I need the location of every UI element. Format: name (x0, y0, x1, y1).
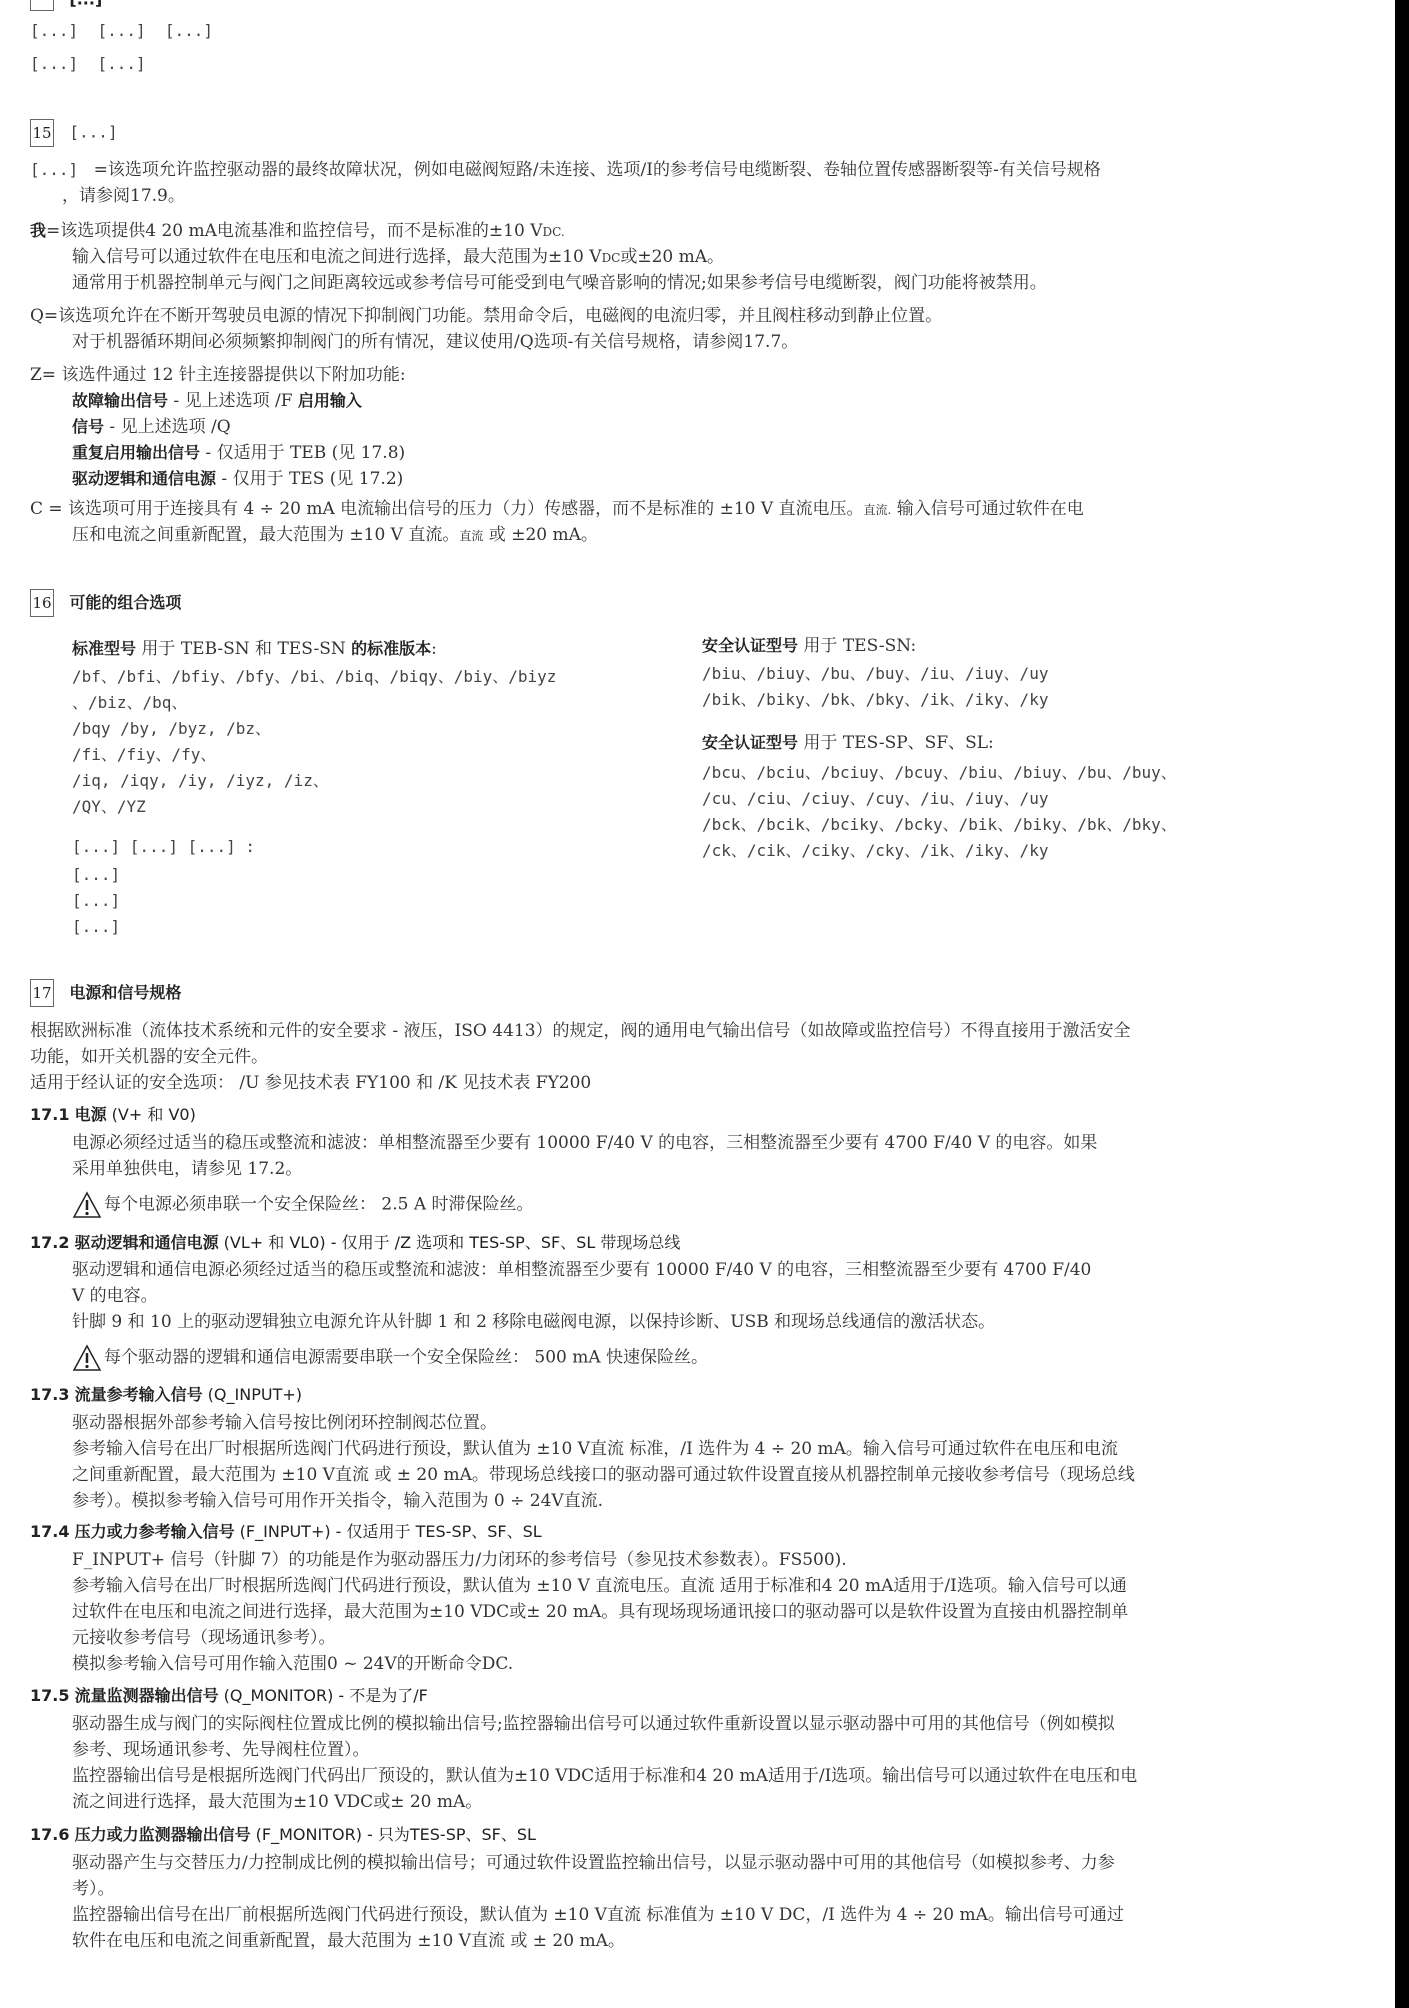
option-i-line1: 我=该选项提供4 20 mA电流基准和监控信号，而不是标准的±10 VDC. (30, 218, 565, 245)
section-title: 电源和信号规格 (69, 983, 181, 1002)
warning-note: 每个电源必须串联一个安全保险丝： 2.5 A 时滞保险丝。 (72, 1191, 534, 1219)
section-title: [...] (69, 123, 117, 142)
item-text: - 见上述选项 /Q (104, 417, 231, 437)
item-bold: 信号 (72, 417, 104, 436)
option-label: 我 (30, 221, 46, 240)
placeholder-heading: [...] [...] [...] : (72, 834, 255, 860)
subsection-title: 流量监测器输出信号 (75, 1686, 219, 1705)
option-text: 或 ±20 mA。 (483, 525, 597, 545)
placeholder-text: [...] (72, 888, 120, 914)
option-z-intro: Z= 该选件通过 12 针主连接器提供以下附加功能: (30, 362, 406, 388)
option-label: [...] (30, 160, 78, 179)
item-bold: 驱动逻辑和通信电源 (72, 469, 216, 488)
section-number-box (30, 0, 54, 11)
safety-sn-heading: 安全认证型号 用于 TES-SN: (702, 633, 916, 659)
section-number-box: 17 (30, 979, 54, 1007)
cut-section-header: [...] (30, 0, 102, 13)
model-code-line: /bcu、/bciu、/bciuy、/bcuy、/biu、/biuy、/bu、/… (702, 760, 1177, 786)
model-code-line: /biu、/biuy、/bu、/buy、/iu、/iuy、/uy (702, 661, 1048, 687)
model-code-line: /cu、/ciu、/ciuy、/cuy、/iu、/iuy、/uy (702, 786, 1048, 812)
unit-subscript: DC (602, 251, 621, 265)
option-q-line1: Q=该选项允许在不断开驾驶员电源的情况下抑制阀门功能。禁用命令后，电磁阀的电流归… (30, 303, 942, 329)
subsection-17-3-header: 17.3 流量参考输入信号 (Q_INPUT+) (30, 1382, 302, 1408)
subsection-number: 17.4 (30, 1522, 69, 1541)
subsection-suffix: (Q_MONITOR) - 不是为了/F (219, 1686, 428, 1705)
intro-line: 根据欧洲标准（流体技术系统和元件的安全要求 - 液压，ISO 4413）的规定，… (30, 1018, 1131, 1044)
item-bold: 重复启用输出信号 (72, 443, 200, 462)
option-q-line2: 对于机器循环期间必须频繁抑制阀门的所有情况，建议使用/Q选项-有关信号规格，请参… (72, 329, 798, 355)
body-line: 参考输入信号在出厂时根据所选阀门代码进行预设，默认值为 ±10 V直流 标准，/… (72, 1436, 1118, 1462)
item-bold: 启用输入 (298, 391, 362, 410)
section-16-header: 16 可能的组合选项 (30, 589, 181, 617)
model-code-line: /fi、/fiy、/fy、 (72, 742, 216, 768)
subsection-suffix: (Q_INPUT+) (203, 1385, 302, 1404)
heading-bold: 安全认证型号 (702, 733, 798, 752)
item-text: - 见上述选项 /F (168, 391, 298, 411)
option-text: =该选项允许监控驱动器的最终故障状况，例如电磁阀短路/未连接、选项/I的参考信号… (94, 160, 1101, 180)
model-code-line: 、/biz、/bq、 (72, 690, 187, 716)
model-code-line: /bf、/bfi、/bfiy、/bfy、/bi、/biq、/biqy、/biy、… (72, 664, 556, 690)
right-edge-bar (1395, 0, 1409, 2008)
section-17-header: 17 电源和信号规格 (30, 979, 181, 1007)
item-text: - 仅适用于 TEB (见 17.8) (200, 443, 405, 463)
subsection-title: 压力或力参考输入信号 (75, 1522, 235, 1541)
item-bold: 故障输出信号 (72, 391, 168, 410)
option-text: 输入信号可通过软件在电 (891, 499, 1083, 519)
model-code-line: /bik、/biky、/bk、/bky、/ik、/iky、/ky (702, 687, 1048, 713)
body-line: 参考、现场通讯参考、先导阀柱位置）。 (72, 1737, 370, 1763)
unit-subscript: 直流 (459, 529, 483, 543)
option-i-line2: 输入信号可以通过软件在电压和电流之间进行选择，最大范围为±10 VDC或±20 … (72, 244, 724, 271)
subsection-17-5-header: 17.5 流量监测器输出信号 (Q_MONITOR) - 不是为了/F (30, 1683, 428, 1709)
heading-text: 用于 TEB-SN 和 TES-SN (136, 639, 351, 659)
body-line: 元接收参考信号（现场通讯参考）。 (72, 1625, 336, 1651)
cut-row-2: [...] [...] (30, 51, 146, 77)
heading-bold: 安全认证型号 (702, 636, 798, 655)
subsection-17-2-header: 17.2 驱动逻辑和通信电源 (VL+ 和 VL0) - 仅用于 /Z 选项和 … (30, 1230, 680, 1256)
body-line: 模拟参考输入信号可用作输入范围0 ~ 24V的开断命令DC. (72, 1651, 513, 1677)
heading-bold: 标准型号 (72, 639, 136, 658)
standard-models-heading: 标准型号 用于 TEB-SN 和 TES-SN 的标准版本: (72, 636, 437, 662)
placeholder-text: [...] (30, 21, 78, 40)
warning-note: 每个驱动器的逻辑和通信电源需要串联一个安全保险丝： 500 mA 快速保险丝。 (72, 1344, 708, 1372)
body-line: 驱动器产生与交替压力/力控制成比例的模拟输出信号；可通过软件设置监控输出信号，以… (72, 1850, 1115, 1876)
body-line: 驱动器生成与阀门的实际阀柱位置成比例的模拟输出信号;监控器输出信号可以通过软件重… (72, 1711, 1115, 1737)
placeholder-text: [...] (30, 54, 78, 73)
heading-bold: 的标准版本 (351, 639, 431, 658)
body-line: F_INPUT+ 信号（针脚 7）的功能是作为驱动器压力/力闭环的参考信号（参见… (72, 1547, 847, 1573)
option-z-item: 信号 - 见上述选项 /Q (72, 414, 231, 440)
intro-line: 功能，如开关机器的安全元件。 (30, 1044, 268, 1070)
subsection-title: 流量参考输入信号 (75, 1385, 203, 1404)
body-line: 之间重新配置，最大范围为 ±10 V直流 或 ± 20 mA。带现场总线接口的驱… (72, 1462, 1135, 1488)
section-number-box: 16 (30, 589, 54, 617)
placeholder-text: [...] (72, 914, 120, 940)
warning-text: 每个电源必须串联一个安全保险丝： 2.5 A 时滞保险丝。 (104, 1195, 534, 1215)
subsection-title: 压力或力监测器输出信号 (75, 1825, 251, 1844)
body-line: 监控器输出信号是根据所选阀门代码出厂预设的，默认值为±10 VDC适用于标准和4… (72, 1763, 1137, 1789)
subsection-suffix: (V+ 和 V0) (107, 1105, 196, 1124)
body-line: 驱动器根据外部参考输入信号按比例闭环控制阀芯位置。 (72, 1410, 497, 1436)
subsection-number: 17.1 (30, 1105, 69, 1124)
cut-row-1: [...] [...] [...] (30, 18, 213, 44)
heading-text: 用于 TES-SP、SF、SL: (798, 733, 994, 753)
option-c-line1: C = 该选项可用于连接具有 4 ÷ 20 mA 电流输出信号的压力（力）传感器… (30, 496, 1084, 523)
option-c-line2: 压和电流之间重新配置，最大范围为 ±10 V 直流。直流 或 ±20 mA。 (72, 522, 598, 549)
model-code-line: /QY、/YZ (72, 794, 146, 820)
body-line: 监控器输出信号在出厂前根据所选阀门代码进行预设，默认值为 ±10 V直流 标准值… (72, 1902, 1124, 1928)
warning-triangle-icon (72, 1344, 102, 1372)
section-title: [...] (69, 0, 102, 9)
subsection-number: 17.3 (30, 1385, 69, 1404)
option-text: =该选项提供4 20 mA电流基准和监控信号，而不是标准的±10 V (46, 221, 542, 241)
model-code-line: /bck、/bcik、/bciky、/bcky、/bik、/biky、/bk、/… (702, 812, 1177, 838)
warning-triangle-icon (72, 1191, 102, 1219)
document-page: [...] [...] [...] [...] [...] [...] 15 [… (0, 0, 1395, 2008)
option-text: 或±20 mA。 (620, 247, 724, 267)
body-line: 参考输入信号在出厂时根据所选阀门代码进行预设，默认值为 ±10 V 直流电压。直… (72, 1573, 1127, 1599)
option-text: 压和电流之间重新配置，最大范围为 ±10 V 直流。 (72, 525, 459, 545)
subsection-number: 17.5 (30, 1686, 69, 1705)
body-line: 考）。 (72, 1876, 115, 1902)
body-line: 针脚 9 和 10 上的驱动逻辑独立电源允许从针脚 1 和 2 移除电磁阀电源，… (72, 1309, 995, 1335)
model-code-line: /iq, /iqy, /iy, /iyz, /iz、 (72, 768, 329, 794)
heading-text: 用于 TES-SN: (798, 636, 916, 656)
subsection-17-4-header: 17.4 压力或力参考输入信号 (F_INPUT+) - 仅适用于 TES-SP… (30, 1519, 542, 1545)
body-line: V 的电容。 (72, 1283, 158, 1309)
placeholder-text: [...] (72, 862, 120, 888)
subsection-number: 17.6 (30, 1825, 69, 1844)
option-f-line1: [...] =该选项允许监控驱动器的最终故障状况，例如电磁阀短路/未连接、选项/… (30, 157, 1101, 183)
body-line: 流之间进行选择，最大范围为±10 VDC或± 20 mA。 (72, 1789, 482, 1815)
placeholder-text: [...] (97, 21, 145, 40)
body-line: 驱动逻辑和通信电源必须经过适当的稳压或整流和滤波：单相整流器至少要有 10000… (72, 1257, 1091, 1283)
placeholder-text: [...] (97, 54, 145, 73)
option-z-item: 驱动逻辑和通信电源 - 仅用于 TES (见 17.2) (72, 466, 403, 492)
subsection-number: 17.2 (30, 1233, 69, 1252)
item-text: - 仅用于 TES (见 17.2) (216, 469, 403, 489)
body-line: 电源必须经过适当的稳压或整流和滤波：单相整流器至少要有 10000 F/40 V… (72, 1130, 1097, 1156)
subsection-17-1-header: 17.1 电源 (V+ 和 V0) (30, 1102, 196, 1128)
body-line: 采用单独供电，请参见 17.2。 (72, 1156, 302, 1182)
intro-line: 适用于经认证的安全选项： /U 参见技术表 FY100 和 /K 见技术表 FY… (30, 1070, 591, 1096)
model-code-line: /ck、/cik、/ciky、/cky、/ik、/iky、/ky (702, 838, 1048, 864)
body-line: 软件在电压和电流之间重新配置，最大范围为 ±10 V直流 或 ± 20 mA。 (72, 1928, 625, 1954)
option-text: C = 该选项可用于连接具有 4 ÷ 20 mA 电流输出信号的压力（力）传感器… (30, 499, 864, 519)
subsection-17-6-header: 17.6 压力或力监测器输出信号 (F_MONITOR) - 只为TES-SP、… (30, 1822, 536, 1848)
section-number-box: 15 (30, 119, 54, 147)
subsection-suffix: (F_INPUT+) - 仅适用于 TES-SP、SF、SL (235, 1522, 542, 1541)
body-line: 参考）。模拟参考输入信号可用作开关指令，输入范围为 0 ÷ 24V直流. (72, 1488, 603, 1514)
subsection-suffix: (F_MONITOR) - 只为TES-SP、SF、SL (251, 1825, 536, 1844)
section-title: 可能的组合选项 (69, 593, 181, 612)
warning-text: 每个驱动器的逻辑和通信电源需要串联一个安全保险丝： 500 mA 快速保险丝。 (104, 1348, 708, 1368)
model-code-line: /bqy /by, /byz, /bz、 (72, 716, 271, 742)
unit-subscript: DC. (542, 225, 564, 239)
placeholder-text: [...] (165, 21, 213, 40)
option-i-line3: 通常用于机器控制单元与阀门之间距离较远或参考信号可能受到电气噪音影响的情况;如果… (72, 270, 1047, 296)
subsection-title: 电源 (75, 1105, 107, 1124)
subsection-title: 驱动逻辑和通信电源 (75, 1233, 219, 1252)
option-text: 输入信号可以通过软件在电压和电流之间进行选择，最大范围为±10 V (72, 247, 602, 267)
safety-sp-heading: 安全认证型号 用于 TES-SP、SF、SL: (702, 730, 994, 756)
subsection-suffix: (VL+ 和 VL0) - 仅用于 /Z 选项和 TES-SP、SF、SL 带现… (219, 1233, 681, 1252)
heading-text: : (431, 639, 437, 659)
option-z-item: 重复启用输出信号 - 仅适用于 TEB (见 17.8) (72, 440, 405, 466)
section-15-header: 15 [...] (30, 119, 118, 147)
body-line: 过软件在电压和电流之间进行选择，最大范围为±10 VDC或± 20 mA。具有现… (72, 1599, 1128, 1625)
unit-subscript: 直流. (864, 503, 892, 517)
option-z-item: 故障输出信号 - 见上述选项 /F 启用输入 (72, 388, 362, 414)
option-f-line2: ，请参阅17.9。 (62, 183, 185, 209)
